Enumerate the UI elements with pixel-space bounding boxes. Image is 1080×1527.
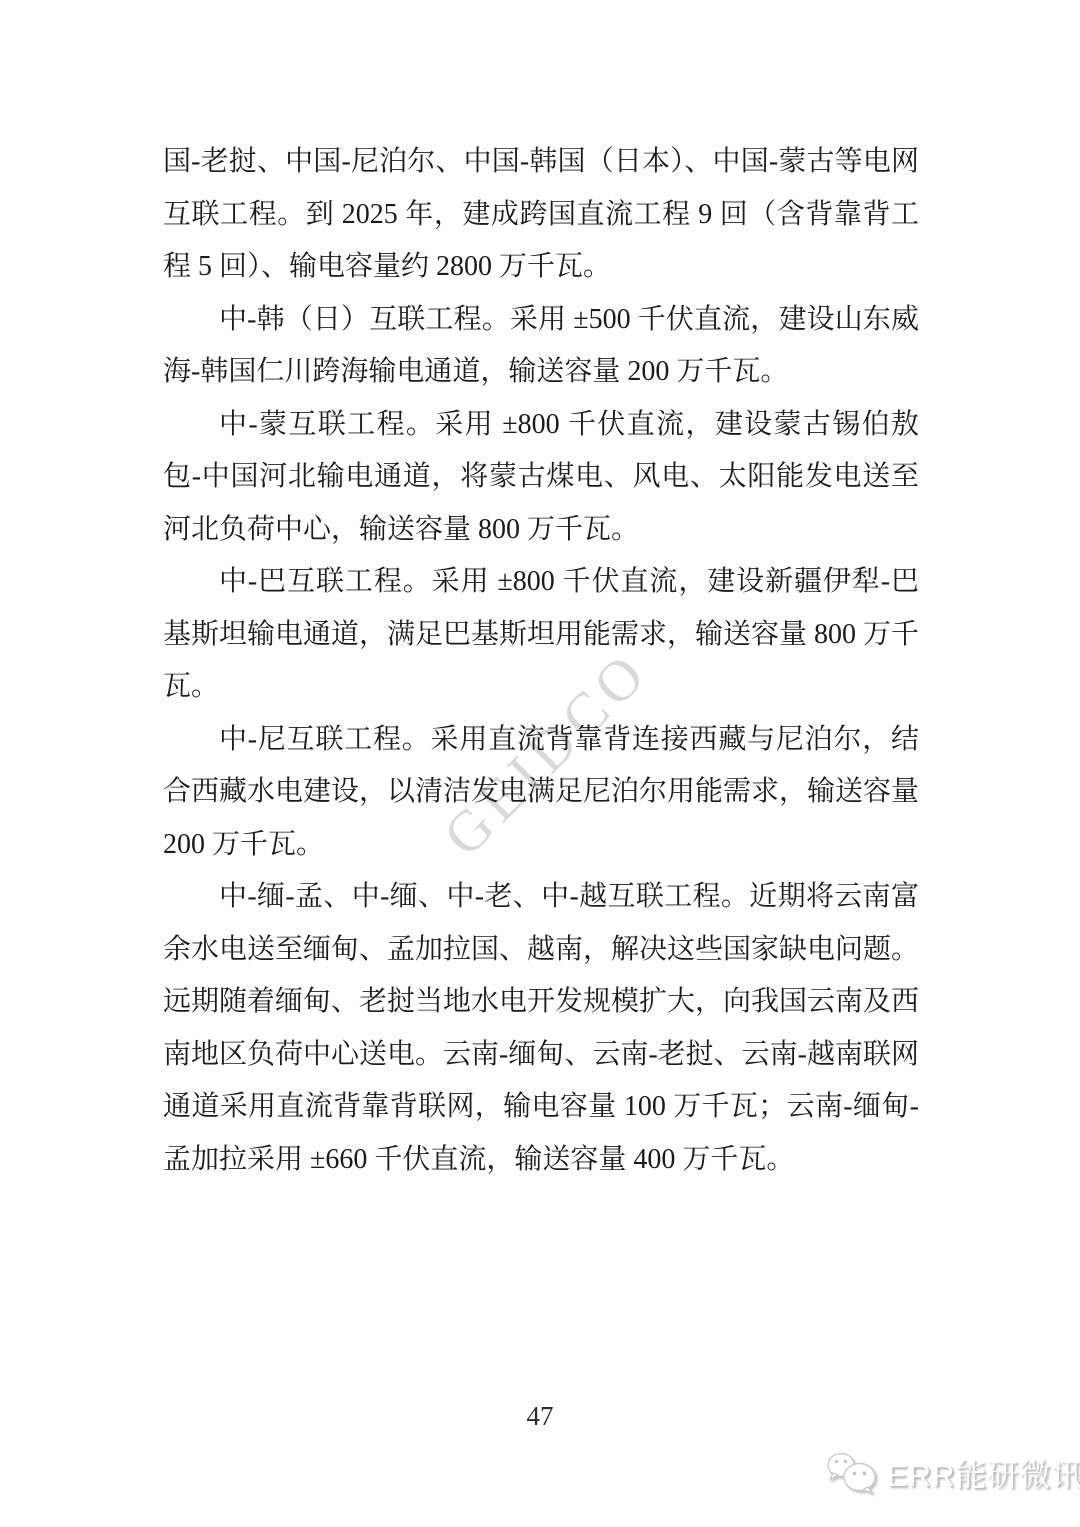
paragraph-china-myanmar-bangladesh: 中-缅-孟、中-缅、中-老、中-越互联工程。近期将云南富余水电送至缅甸、孟加拉国… [163,871,919,1186]
paragraph-china-pakistan: 中-巴互联工程。采用 ±800 千伏直流，建设新疆伊犁-巴基斯坦输电通道，满足巴… [163,556,919,714]
page-number: 47 [0,1401,1080,1432]
footer-watermark: ERR能研微讯 [826,1450,1080,1495]
paragraph-continuation: 国-老挝、中国-尼泊尔、中国-韩国（日本）、中国-蒙古等电网互联工程。到 202… [163,136,919,294]
document-text: 国-老挝、中国-尼泊尔、中国-韩国（日本）、中国-蒙古等电网互联工程。到 202… [163,136,919,1186]
paragraph-china-korea-japan: 中-韩（日）互联工程。采用 ±500 千伏直流，建设山东威海-韩国仁川跨海输电通… [163,294,919,399]
paragraph-china-nepal: 中-尼互联工程。采用直流背靠背连接西藏与尼泊尔，结合西藏水电建设，以清洁发电满足… [163,714,919,872]
paragraph-china-mongolia: 中-蒙互联工程。采用 ±800 千伏直流，建设蒙古锡伯敖包-中国河北输电通道，将… [163,399,919,557]
document-page: GEIDCO 国-老挝、中国-尼泊尔、中国-韩国（日本）、中国-蒙古等电网互联工… [0,0,1080,1527]
wechat-icon [826,1451,878,1495]
footer-watermark-label: ERR能研微讯 [887,1450,1080,1495]
